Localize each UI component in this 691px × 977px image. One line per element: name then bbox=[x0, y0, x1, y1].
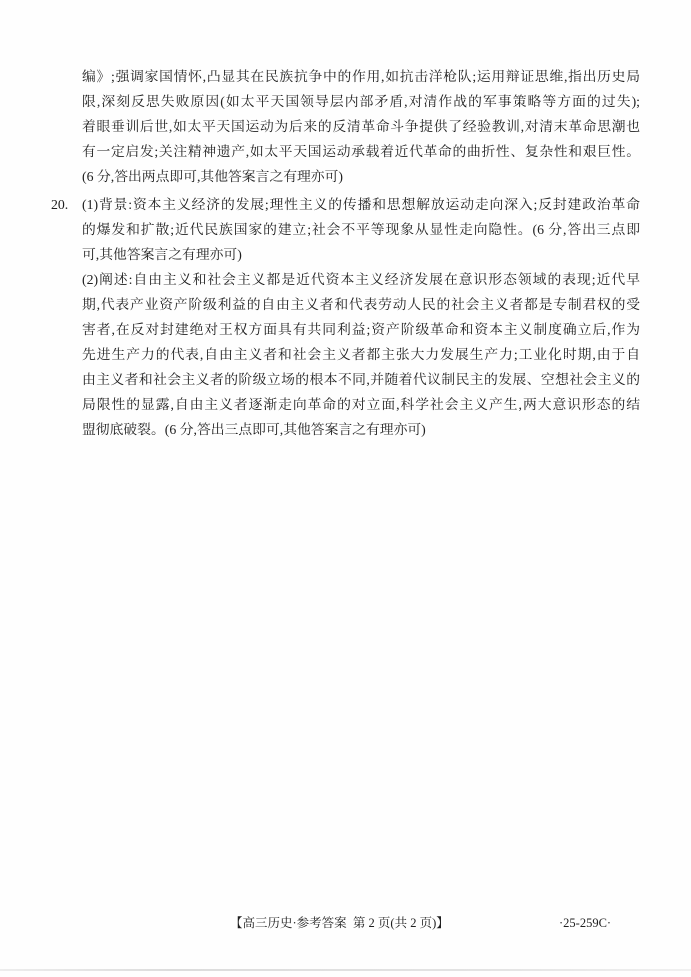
scanned-answer-page: 编》;强调家国情怀,凸显其在民族抗争中的作用,如抗击洋枪队;运用辩证思维,指出历… bbox=[0, 0, 691, 977]
q20-answer-line: 局限性的显露,自由主义者逐渐走向革命的对立面,科学社会主义产生,两大意识形态的结 bbox=[82, 392, 640, 417]
scan-bottom-edge bbox=[0, 969, 691, 971]
q20-answer-line: 20.(1)背景:资本主义经济的发展;理性主义的传播和思想解放运动走向深入;反封… bbox=[82, 192, 640, 217]
q19-answer-line: 编》;强调家国情怀,凸显其在民族抗争中的作用,如抗击洋枪队;运用辩证思维,指出历… bbox=[82, 64, 640, 89]
q19-answer-line: 限,深刻反思失败原因(如太平天国领导层内部矛盾,对清作战的军事策略等方面的过失)… bbox=[82, 89, 640, 114]
q19-answer-line: 着眼垂训后世,如太平天国运动为后来的反清革命斗争提供了经验教训,对清末革命思潮也 bbox=[82, 114, 640, 139]
q20-answer-line: 由主义者和社会主义者的阶级立场的根本不同,并随着代议制民主的发展、空想社会主义的 bbox=[82, 367, 640, 392]
footer-page-label: 【高三历史·参考答案 第 2 页(共 2 页)】 bbox=[230, 914, 449, 932]
q20-answer-line: 盟彻底破裂。(6 分,答出三点即可,其他答案言之有理亦可) bbox=[82, 417, 640, 442]
q20-answer-line: 的爆发和扩散;近代民族国家的建立;社会不平等现象从显性走向隐性。(6 分,答出三… bbox=[82, 217, 640, 242]
footer-paper-code: ·25-259C· bbox=[559, 914, 611, 932]
q20-answer-line: 期,代表产业资产阶级利益的自由主义者和代表劳动人民的社会主义者都是专制君权的受 bbox=[82, 292, 640, 317]
q20-question-number: 20. bbox=[51, 192, 68, 217]
q20-answer-line: 先进生产力的代表,自由主义者和社会主义者都主张大力发展生产力;工业化时期,由于自 bbox=[82, 342, 640, 367]
q20-answer-line: 可,其他答案言之有理亦可) bbox=[82, 242, 640, 267]
answer-text-block: 编》;强调家国情怀,凸显其在民族抗争中的作用,如抗击洋枪队;运用辩证思维,指出历… bbox=[82, 64, 640, 442]
q19-score-note-line: (6 分,答出两点即可,其他答案言之有理亦可) bbox=[82, 164, 640, 189]
q20-answer-line: 害者,在反对封建绝对王权方面具有共同利益;资产阶级革命和资本主义制度确立后,作为 bbox=[82, 317, 640, 342]
q20-answer-line: (2)阐述:自由主义和社会主义都是近代资本主义经济发展在意识形态领域的表现;近代… bbox=[82, 267, 640, 292]
q20-line-text: (1)背景:资本主义经济的发展;理性主义的传播和思想解放运动走向深入;反封建政治… bbox=[82, 197, 640, 212]
q19-answer-line: 有一定启发;关注精神遗产,如太平天国运动承载着近代革命的曲折性、复杂性和艰巨性。 bbox=[82, 139, 640, 164]
